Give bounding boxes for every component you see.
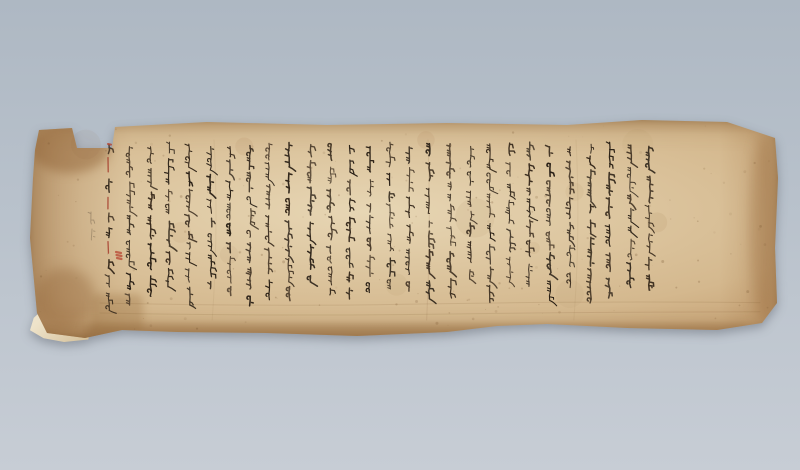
paper-stain-top-left	[30, 123, 110, 173]
manuscript	[0, 0, 800, 470]
photo-background	[0, 0, 800, 470]
manuscript-paper	[27, 118, 779, 340]
paper-stain-right-edge	[750, 136, 778, 321]
paper-stain-bottom-edge	[85, 325, 750, 340]
paper-stain-left	[35, 268, 95, 328]
